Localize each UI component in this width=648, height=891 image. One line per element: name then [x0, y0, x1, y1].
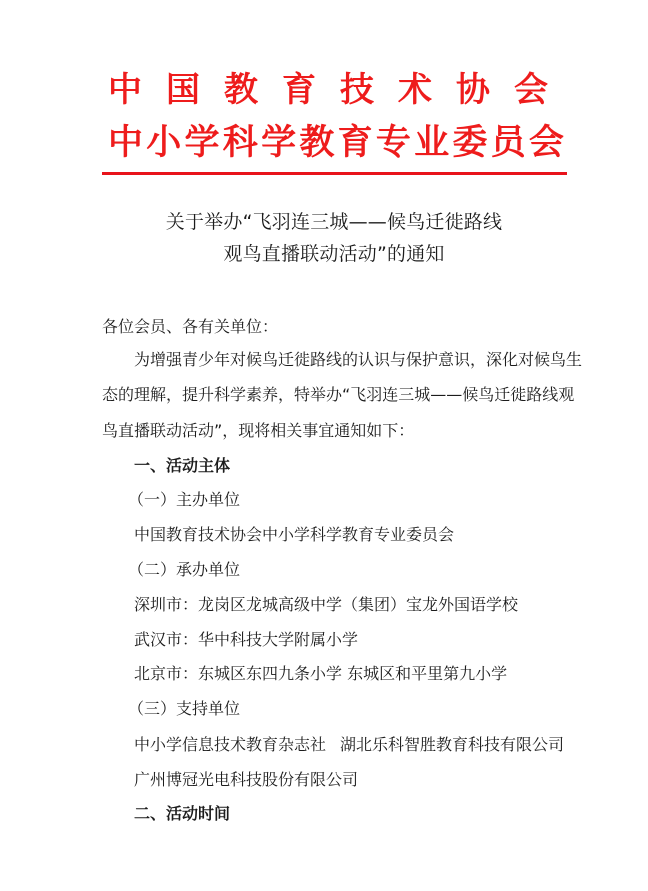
intro-paragraph-line-3: 鸟直播联动活动”，现将相关事宜通知如下：	[102, 421, 414, 441]
letterhead-char: 国	[166, 70, 200, 110]
letterhead-char: 教	[299, 122, 334, 164]
subsection-heading-support-units: （三）支持单位	[128, 699, 240, 719]
document-title-line-2: 观鸟直播联动活动”的通知	[10, 242, 648, 266]
letterhead-char: 术	[398, 70, 432, 110]
host-unit-beijing: 北京市：东城区东四九条小学 东城区和平里第九小学	[134, 664, 507, 684]
intro-paragraph-line-2: 态的理解，提升科学素养，特举办“飞羽连三城——候鸟迁徙路线观	[102, 385, 566, 405]
organizer-name: 中国教育技术协会中小学科学教育专业委员会	[134, 525, 454, 545]
host-unit-shenzhen: 深圳市：龙岗区龙城高级中学（集团）宝龙外国语学校	[134, 595, 518, 615]
letterhead-char: 中	[108, 70, 142, 110]
letterhead-char: 育	[282, 70, 316, 110]
letterhead-char: 中	[108, 122, 143, 164]
letterhead-red-rule	[102, 172, 567, 175]
letterhead-org-name: 中 国 教 育 技 术 协 会	[108, 70, 548, 110]
letterhead-char: 小	[146, 122, 181, 164]
letterhead-committee-name: 中 小 学 科 学 教 育 专 业 委 员 会	[108, 122, 564, 164]
letterhead-char: 学	[261, 122, 296, 164]
document-page: 中 国 教 育 技 术 协 会 中 小 学 科 学 教 育 专 业 委 员 会 …	[0, 0, 648, 891]
letterhead-char: 技	[340, 70, 374, 110]
support-unit-guangzhou-boguan: 广州博冠光电科技股份有限公司	[134, 770, 358, 790]
section-heading-activity-subjects: 一、活动主体	[134, 456, 230, 476]
support-units-line-1: 中小学信息技术教育杂志社湖北乐科智胜教育科技有限公司	[134, 735, 564, 755]
support-unit-hubei-leke: 湖北乐科智胜教育科技有限公司	[340, 735, 564, 754]
host-unit-wuhan: 武汉市：华中科技大学附属小学	[134, 630, 358, 650]
subsection-heading-host-units: （二）承办单位	[128, 560, 240, 580]
subsection-heading-organizer: （一）主办单位	[128, 490, 240, 510]
letterhead-char: 会	[514, 70, 548, 110]
letterhead-char: 委	[452, 122, 487, 164]
intro-paragraph-line-1: 为增强青少年对候鸟迁徙路线的认识与保护意识，深化对候鸟生	[134, 350, 566, 370]
letterhead-char: 科	[223, 122, 258, 164]
support-unit-magazine: 中小学信息技术教育杂志社	[134, 735, 326, 754]
letterhead-char: 育	[338, 122, 373, 164]
letterhead-char: 教	[224, 70, 258, 110]
letterhead-char: 会	[529, 122, 564, 164]
letterhead-char: 业	[414, 122, 449, 164]
letterhead-char: 学	[185, 122, 220, 164]
salutation: 各位会员、各有关单位：	[102, 317, 278, 337]
letterhead-char: 协	[456, 70, 490, 110]
section-heading-activity-time: 二、活动时间	[134, 804, 230, 824]
document-title-line-1: 关于举办“飞羽连三城——候鸟迁徙路线	[10, 210, 648, 234]
letterhead-char: 专	[376, 122, 411, 164]
letterhead-char: 员	[491, 122, 526, 164]
